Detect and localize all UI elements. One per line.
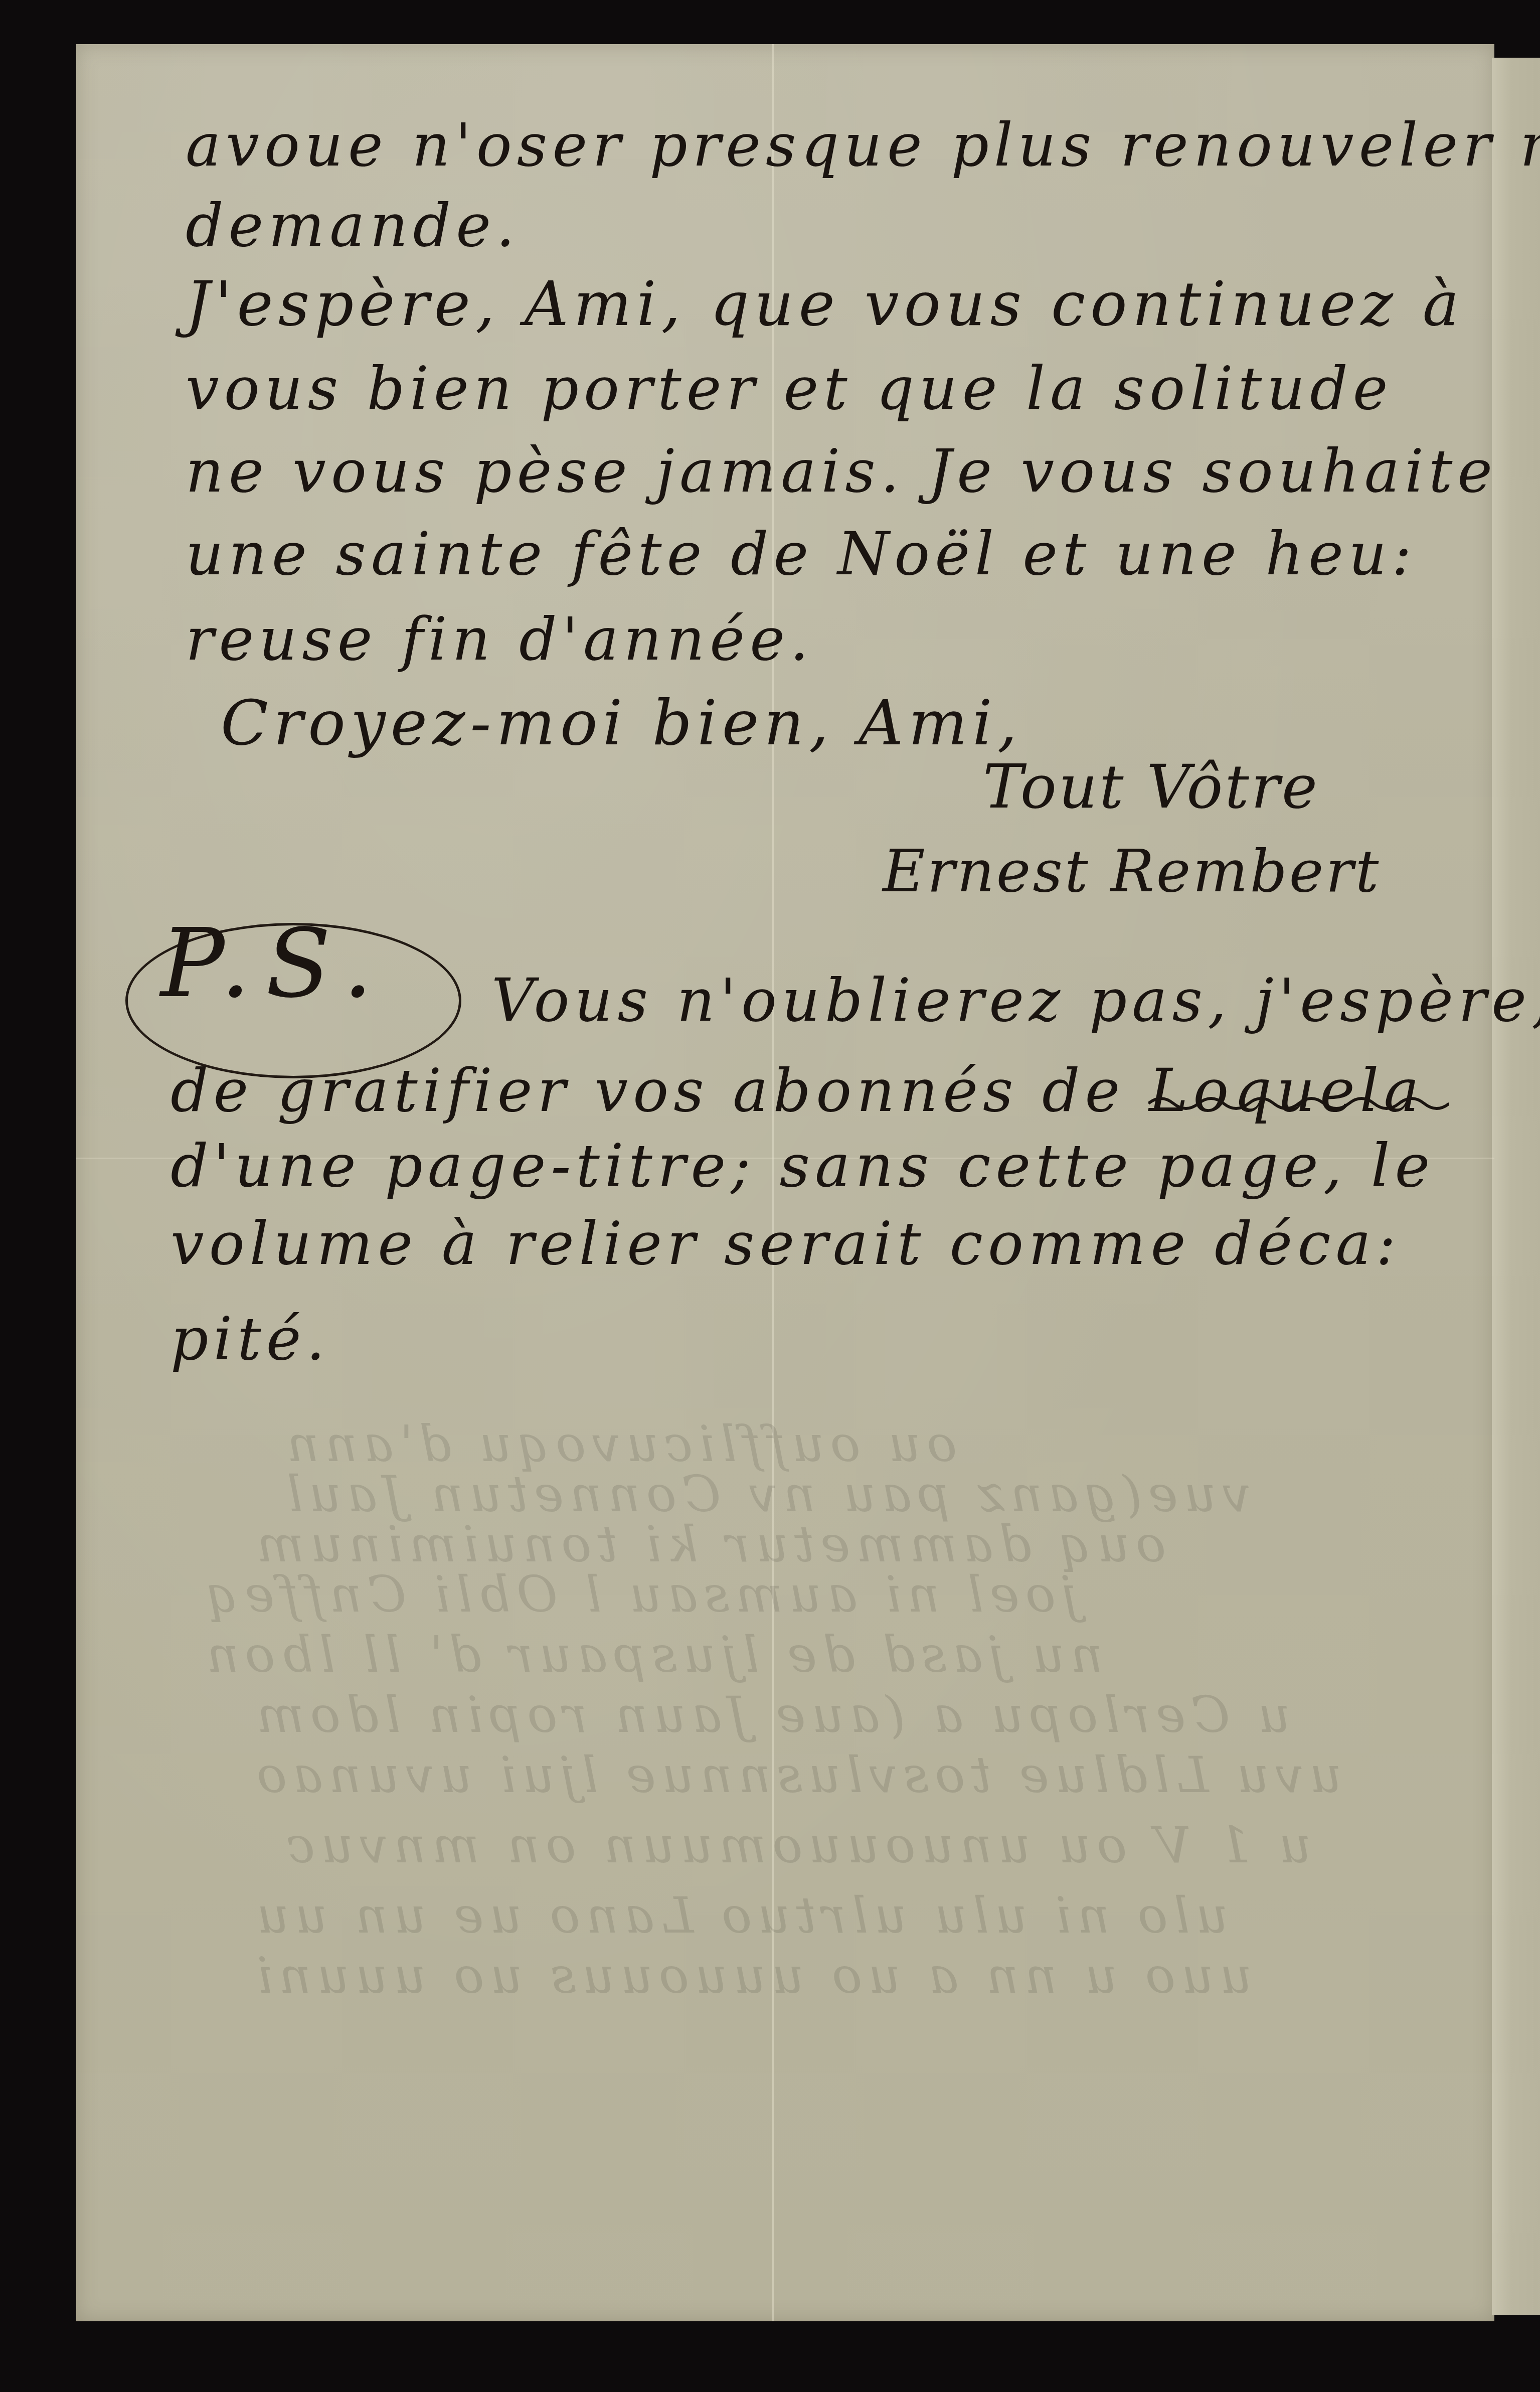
body-line: vous bien porter et que la solitude (186, 359, 1393, 418)
signature: Ernest Rembert (883, 843, 1381, 901)
adjacent-page-edge (1492, 58, 1540, 2315)
show-through-text: ulo ni ulu ulrtuo Lano ue un uu (251, 1886, 1228, 1945)
postscript-label: P.S. (160, 908, 388, 1019)
wavy-underline (1148, 1093, 1449, 1113)
body-line: ne vous pèse jamais. Je vous souhaite (186, 441, 1497, 501)
postscript-line: volume à relier serait comme déca: (170, 1214, 1401, 1273)
show-through-text: nu jasd de ljuspaur d' ll lbon (201, 1625, 1103, 1684)
show-through-text: u 1 V ou unuouuomuun on mnvuc (281, 1816, 1311, 1874)
body-line: demande. (186, 196, 520, 255)
body-line: une sainte fête de Noël et une heu: (186, 524, 1417, 583)
postscript-line: pité. (170, 1309, 330, 1368)
postscript-line: d'une page-titre; sans cette page, le (170, 1136, 1435, 1195)
show-through-text: joel ni aumsau l Obli Cnffeq (201, 1565, 1077, 1624)
show-through-text: u Cerlopu a (aue Jaun ropin ldom (251, 1685, 1290, 1744)
body-line: J'espère, Ami, que vous continuez à (186, 273, 1464, 335)
body-line: reuse fin d'année. (186, 609, 814, 669)
show-through-text: uvu Lldlue tosvlusnnue ljui uvunao (251, 1745, 1342, 1804)
closing-salutation: Croyez-moi bien, Ami, (221, 692, 1022, 754)
body-line: avoue n'oser presque plus renouveler ma (186, 115, 1540, 175)
closing-valediction: Tout Vôtre (983, 757, 1319, 818)
show-through-text: uuo u nn a uo uuuouus uo uuuni (251, 1946, 1252, 2005)
postscript-line: Vous n'oublierez pas, j'espère, (491, 971, 1540, 1030)
